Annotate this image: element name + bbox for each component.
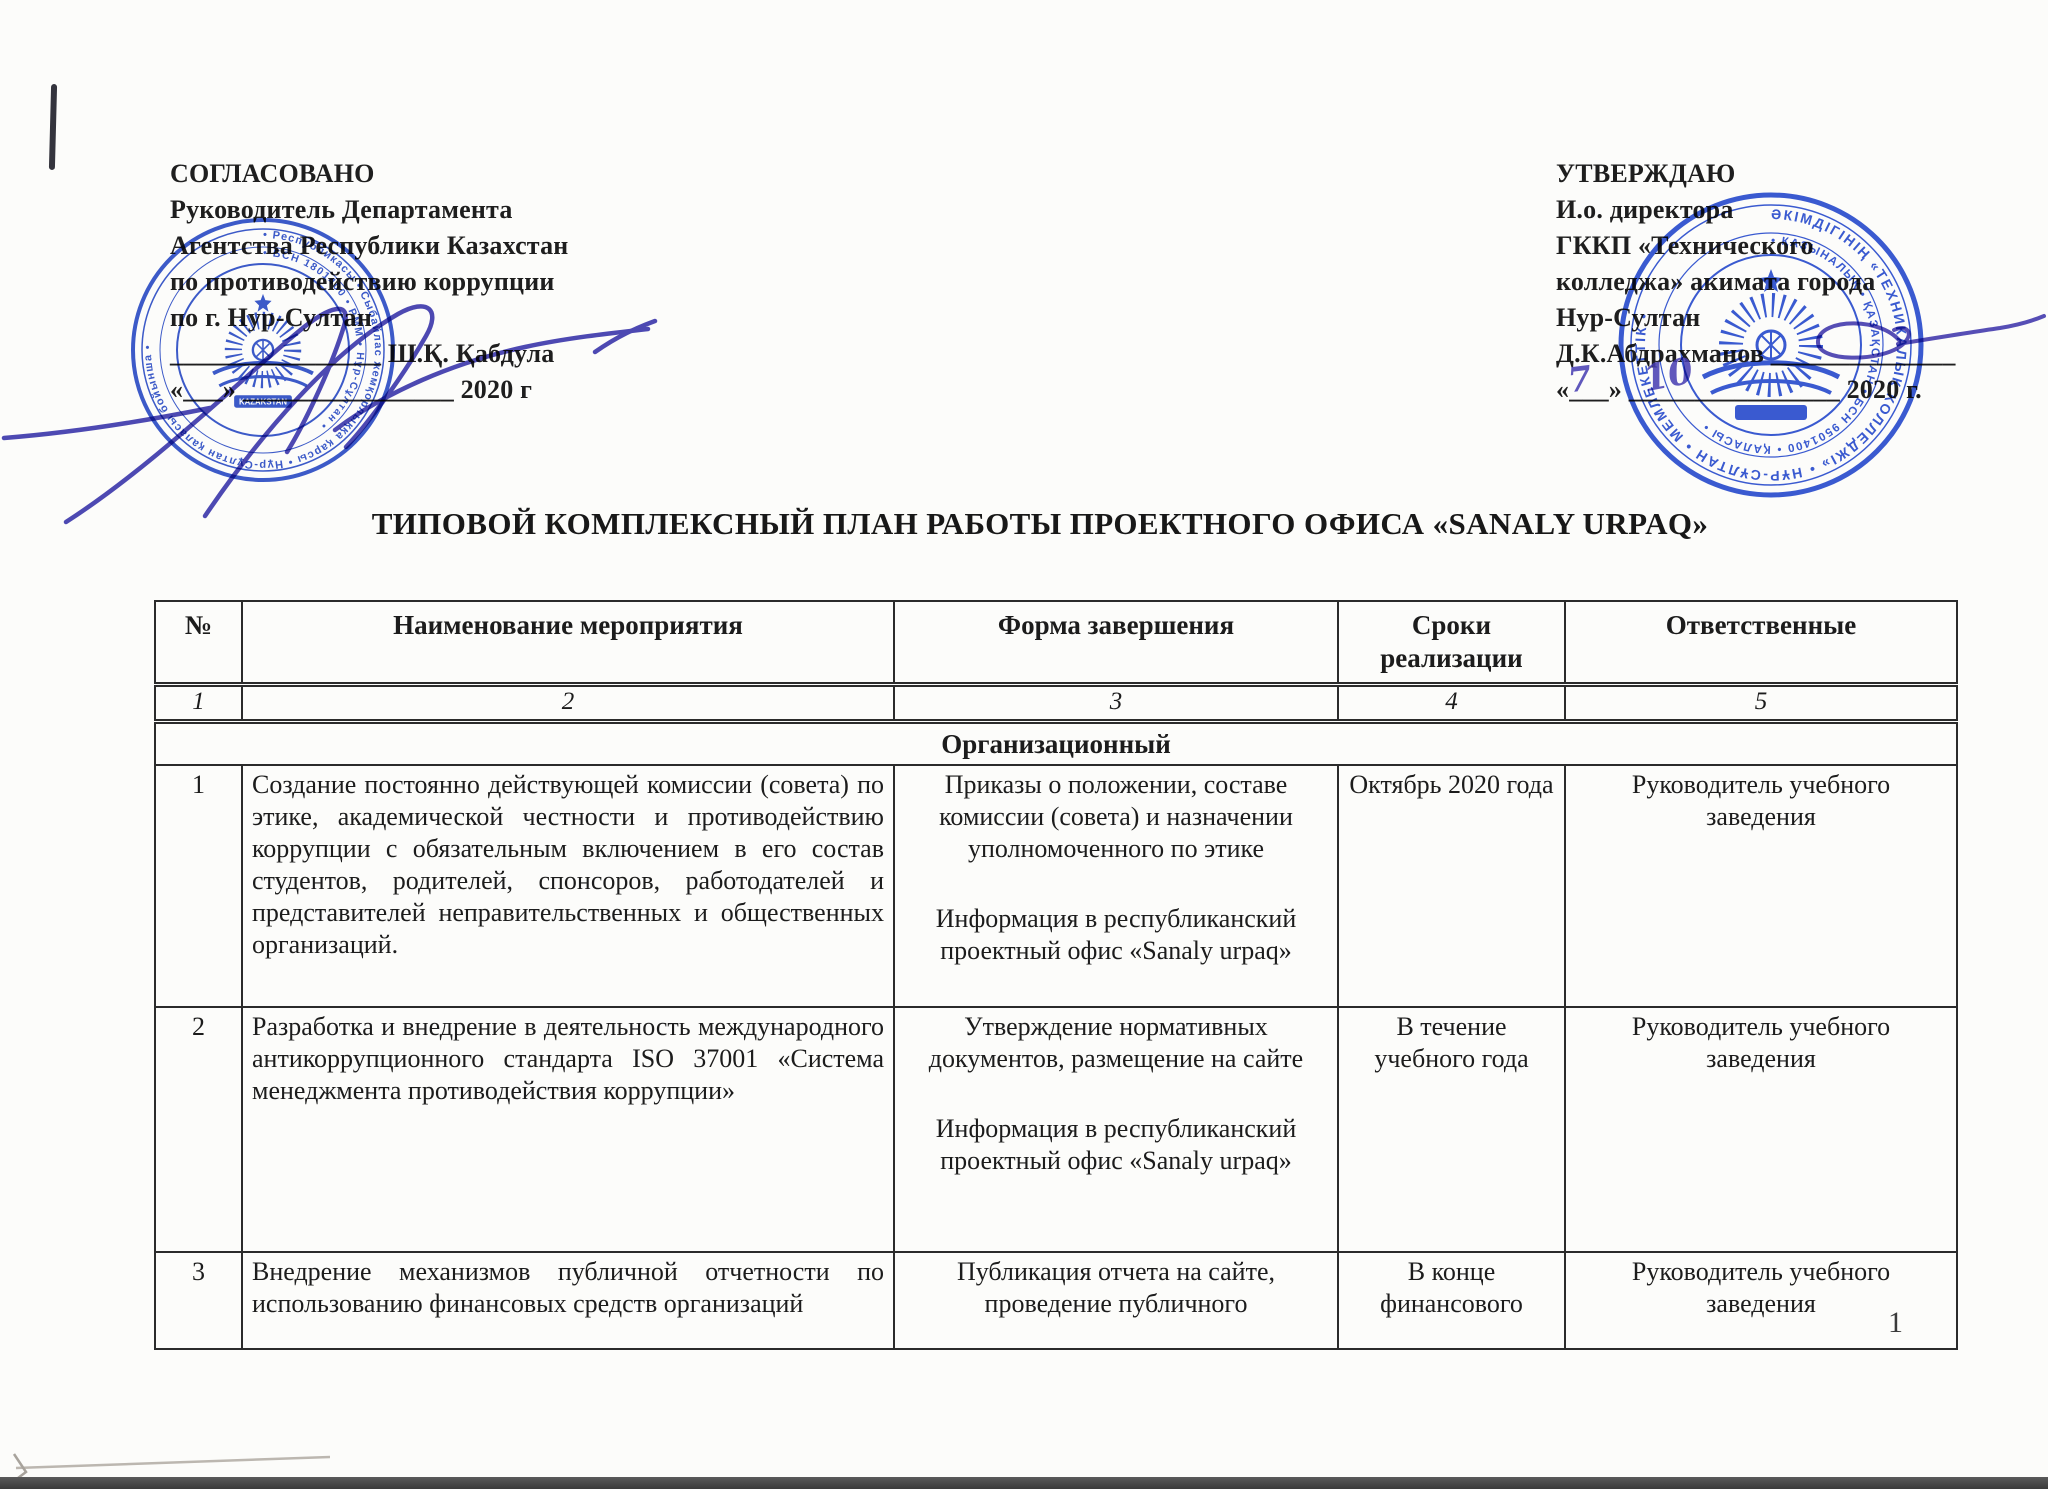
term-cell: В конце финансового xyxy=(1338,1252,1565,1349)
plan-table: № Наименование мероприятия Форма заверше… xyxy=(154,600,1958,1350)
row-number: 2 xyxy=(155,1007,242,1252)
activity-cell: Создание постоянно действующей комиссии … xyxy=(242,765,894,1007)
section-row: Организационный xyxy=(155,722,1957,766)
approval-right-heading: УТВЕРЖДАЮ xyxy=(1556,156,1956,192)
form-main-text: Утверждение нормативных документов, разм… xyxy=(904,1011,1328,1075)
form-main-text: Публикация отчета на сайте, проведение п… xyxy=(904,1256,1328,1320)
form-extra-text: Информация в республиканский проектный о… xyxy=(904,903,1328,967)
column-number-row: 1 2 3 4 5 xyxy=(155,685,1957,722)
column-number: 2 xyxy=(242,685,894,722)
col-header-activity: Наименование мероприятия xyxy=(242,601,894,685)
signature-right xyxy=(1560,278,2048,408)
column-number: 1 xyxy=(155,685,242,722)
form-extra-text: Информация в республиканский проектный о… xyxy=(904,1113,1328,1177)
table-row: 2 Разработка и внедрение в деятельность … xyxy=(155,1007,1957,1252)
form-cell: Утверждение нормативных документов, разм… xyxy=(894,1007,1338,1252)
approval-left-heading: СОГЛАСОВАНО xyxy=(170,156,568,192)
col-header-term: Сроки реализации xyxy=(1338,601,1565,685)
term-cell: Октябрь 2020 года xyxy=(1338,765,1565,1007)
row-number: 1 xyxy=(155,765,242,1007)
scan-artifact-vertical-line xyxy=(49,84,57,170)
signature-left xyxy=(0,280,700,560)
form-cell: Приказы о положении, составе комиссии (с… xyxy=(894,765,1338,1007)
column-number: 4 xyxy=(1338,685,1565,722)
page-number: 1 xyxy=(1888,1306,1903,1340)
col-header-form: Форма завершения xyxy=(894,601,1338,685)
document-page: СОГЛАСОВАНО Руководитель Департамента Аг… xyxy=(0,0,2048,1489)
section-title: Организационный xyxy=(155,722,1957,766)
term-cell: В течение учебного года xyxy=(1338,1007,1565,1252)
col-header-num: № xyxy=(155,601,242,685)
form-cell: Публикация отчета на сайте, проведение п… xyxy=(894,1252,1338,1349)
responsible-cell: Руководитель учебного заведения xyxy=(1565,1007,1957,1252)
row-number: 3 xyxy=(155,1252,242,1349)
column-number: 3 xyxy=(894,685,1338,722)
table-row: 3 Внедрение механизмов публичной отчетно… xyxy=(155,1252,1957,1349)
activity-cell: Внедрение механизмов публичной отчетност… xyxy=(242,1252,894,1349)
col-header-responsible: Ответственные xyxy=(1565,601,1957,685)
form-main-text: Приказы о положении, составе комиссии (с… xyxy=(904,769,1328,865)
column-number: 5 xyxy=(1565,685,1957,722)
activity-cell: Разработка и внедрение в деятельность ме… xyxy=(242,1007,894,1252)
responsible-cell: Руководитель учебного заведения xyxy=(1565,765,1957,1007)
table-header-row: № Наименование мероприятия Форма заверше… xyxy=(155,601,1957,685)
scan-artifact-bottom-edge xyxy=(0,1477,2048,1489)
table-row: 1 Создание постоянно действующей комисси… xyxy=(155,765,1957,1007)
